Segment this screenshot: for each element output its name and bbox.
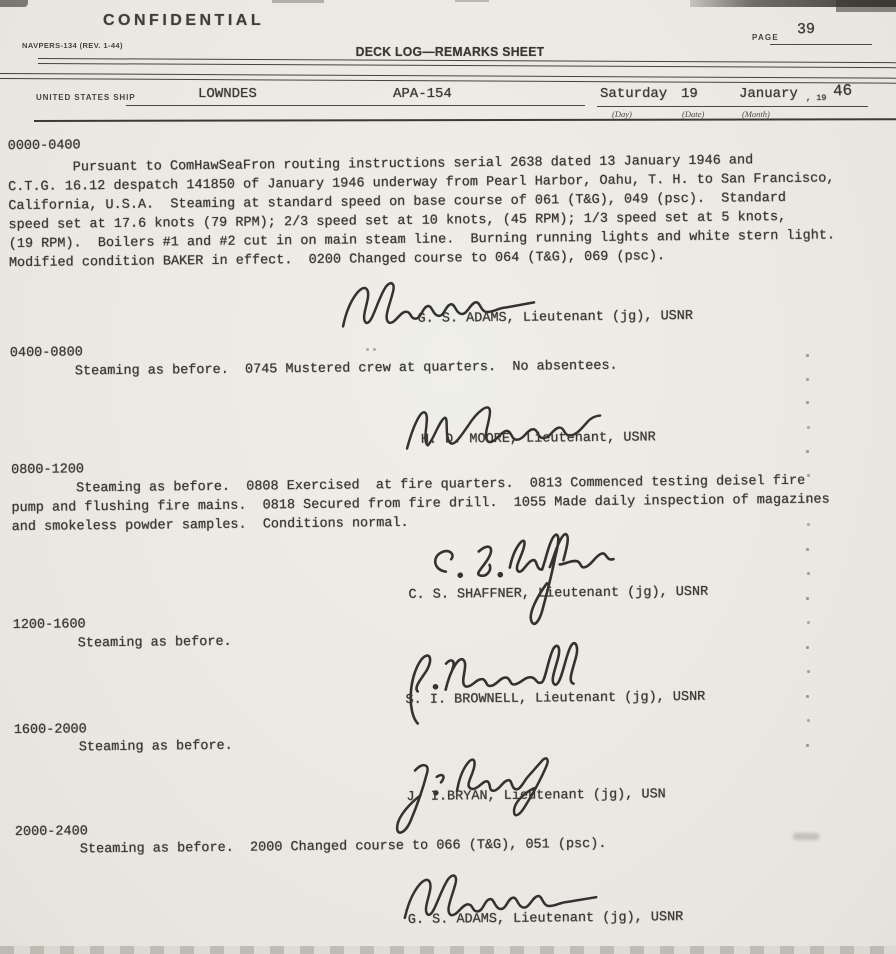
watch-period-1600-2000: 1600-2000 bbox=[14, 720, 87, 740]
watch-period-0800-1200: 0800-1200 bbox=[11, 460, 84, 480]
signature-typed-brownell: S. I. BROWNELL, Lieutenant (jg), USNR bbox=[405, 689, 705, 710]
watch-period-1200-1600: 1200-1600 bbox=[13, 615, 86, 635]
entry-remarks-0400-0800: Steaming as before. 0745 Mustered crew a… bbox=[10, 357, 618, 382]
entry-remarks-2000-2400: Steaming as before. 2000 Changed course … bbox=[15, 835, 607, 860]
signature-typed-adams2: G. S. ADAMS, Lieutenant (jg), USNR bbox=[408, 909, 684, 930]
signature-typed-bryan: J. I.BRYAN, Lieutenant (jg), USN bbox=[406, 786, 665, 807]
signature-typed-shaffner: C. S. SHAFFNER, Lieutenant (jg), USNR bbox=[408, 584, 708, 605]
watch-period-0000-0400: 0000-0400 bbox=[8, 136, 81, 156]
signature-typed-adams: G. S. ADAMS, Lieutenant (jg), USNR bbox=[417, 308, 693, 329]
entry-remarks-0000-0400: Pursuant to ComHawSeaFron routing instru… bbox=[8, 150, 835, 273]
entry-remarks-1200-1600: Steaming as before. bbox=[13, 633, 232, 654]
signature-typed-moore: H. D. MOORE, Lieutenant, USNR bbox=[421, 429, 656, 449]
entry-remarks-1600-2000: Steaming as before. bbox=[14, 737, 233, 758]
watch-period-2000-2400: 2000-2400 bbox=[15, 822, 88, 842]
deck-log-remarks-sheet: CONFIDENTIAL NAVPERS-134 (REV. 1-44) DEC… bbox=[0, 0, 896, 954]
entry-remarks-0800-1200: Steaming as before. 0808 Exercised at fi… bbox=[11, 471, 830, 537]
signature-brownell-handwritten bbox=[389, 637, 584, 729]
watch-period-0400-0800: 0400-0800 bbox=[10, 343, 83, 363]
signature-shaffner-handwritten bbox=[419, 526, 630, 639]
log-entries: 0000-0400 Pursuant to ComHawSeaFron rout… bbox=[0, 0, 896, 954]
